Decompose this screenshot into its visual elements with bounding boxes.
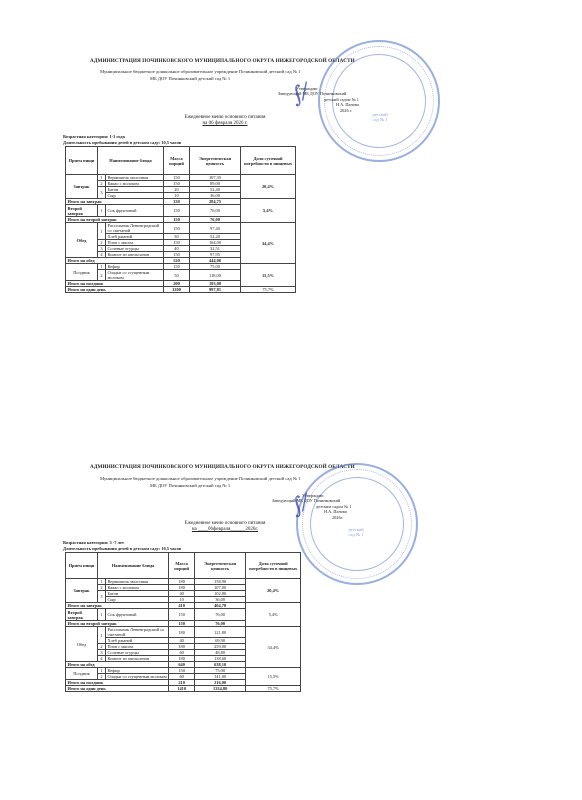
stay-duration: Длительность пребывания детей в детском … [63, 140, 181, 146]
institution-name: Муниципальное бюджетное дошкольное образ… [100, 69, 301, 74]
total-row-day: Итого на один день 1200 997,81 75,7% [66, 287, 296, 293]
menu-title: Ежедневное меню основного питания на ___… [150, 521, 300, 533]
total-row-day: Итого на один день 1410 1334,80 75,7% [66, 686, 301, 692]
administration-heading: АДМИНИСТРАЦИЯ ПОЧИНКОВСКОГО МУНИЦИПАЛЬНО… [90, 464, 355, 470]
age-meta: Возрастная категория: 1-3 года Длительно… [63, 134, 181, 145]
total-row-breakfast: Итого на завтрак 410 404,70 5,4% [66, 603, 301, 609]
table-row: Обед 1 Рассольник Ленинградский со смета… [66, 223, 296, 234]
stamp-center-text: детский сад № 1 [350, 112, 410, 122]
table-row: Обед 1 Рассольник Ленинградский со смета… [66, 627, 301, 638]
approval-block: Утверждаю: Заведующий МБ ДОУ Починковски… [272, 493, 351, 520]
institution-name: Муниципальное бюджетное дошкольное образ… [100, 476, 301, 481]
table-row: Полдник 1 Кефир 150 75,00 15,5% [66, 668, 301, 674]
menu-table: Прием пищи Наименование блюда Масса порц… [65, 146, 296, 293]
stay-duration: Длительность пребывания детей в детском … [63, 546, 181, 552]
institution-short-name: МБ ДОУ Починковский детский сад № 1 [150, 483, 230, 488]
institution-short-name: МБ ДОУ Починковский детский сад № 1 [150, 76, 230, 81]
menu-table: Прием пищи Наименование блюда Масса порц… [65, 552, 301, 692]
official-stamp [296, 463, 418, 585]
age-meta: Возрастная категория: 3 -7 лет Длительно… [63, 540, 181, 551]
menu-title: Ежедневное меню основного питания на 06 … [150, 115, 300, 127]
menu-date: на ____06февраля______2026г. [150, 527, 300, 533]
administration-heading: АДМИНИСТРАЦИЯ ПОЧИНКОВСКОГО МУНИЦИПАЛЬНО… [90, 58, 355, 64]
stamp-center-text: детский сад № 1 [326, 527, 386, 537]
table-row: Завтрак 1 Вермишель молочная 180 158,90 … [66, 579, 301, 585]
menu-date: на 06 февраля 2026 г. [150, 121, 300, 127]
